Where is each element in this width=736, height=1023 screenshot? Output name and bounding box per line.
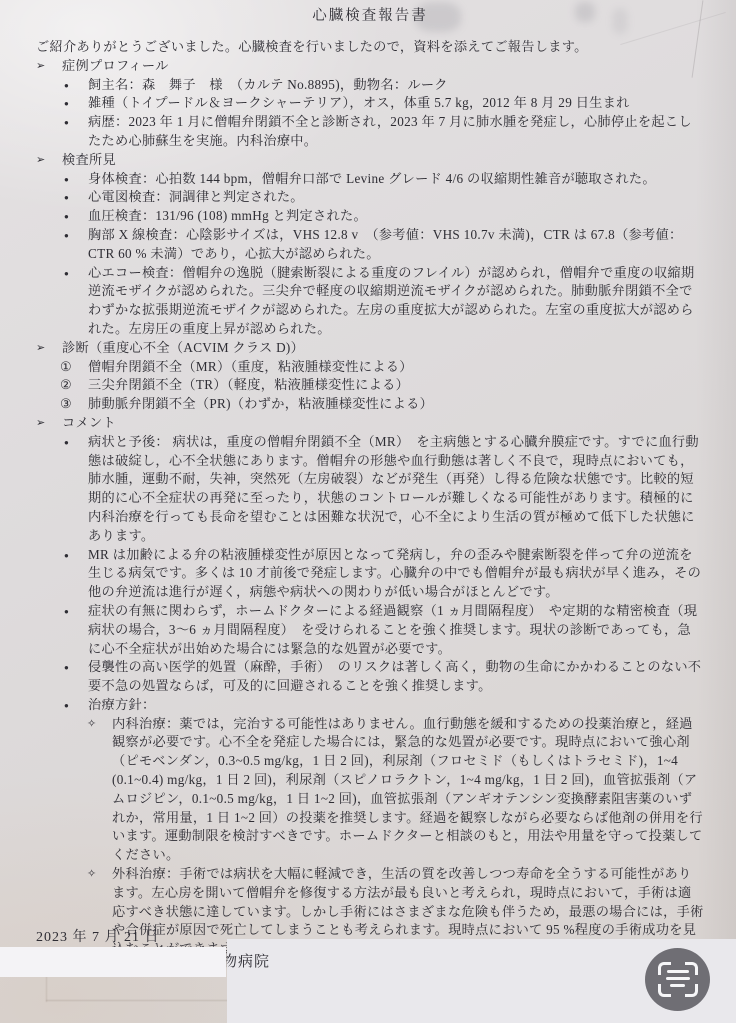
arrow-bullet-icon: ➢ (36, 339, 62, 358)
intro-text: ご紹介ありがとうございました。心臓検査を行いましたので，資料を添えてご報告します… (36, 38, 704, 57)
list-item-text: 内科治療：薬では，完治する可能性はありません。血行動態を緩和するための投薬治療と… (112, 715, 704, 865)
dot-bullet-icon: ● (64, 95, 88, 114)
list-item-text: 血圧検査：131/96 (108) mmHg と判定された。 (88, 207, 704, 226)
dot-bullet-icon: ● (64, 208, 88, 227)
list-item-text: 治療方針： (88, 696, 704, 715)
echo-item: ● 心エコー検査：僧帽弁の逸脱（腱索断裂による重度のフレイル）が認められ，僧帽弁… (36, 264, 704, 339)
list-item-text: 病状と予後： 病状は，重度の僧帽弁閉鎖不全（MR） を主病態とする心臓弁膜症です… (88, 433, 704, 546)
list-item-text: 心電図検査：洞調律と判定された。 (88, 188, 704, 207)
history-item: ● 病歴：2023 年 1 月に僧帽弁閉鎖不全と診断され，2023 年 7 月に… (36, 113, 704, 151)
redaction-box (0, 947, 226, 977)
diamond-bullet-icon: ✧ (87, 865, 112, 884)
paper-document: 心臓検査報告書 ご紹介ありがとうございました。心臓検査を行いましたので，資料を添… (0, 0, 736, 1023)
section-heading-profile: ➢ 症例プロフィール (36, 57, 704, 76)
dot-bullet-icon: ● (64, 77, 88, 96)
arrow-bullet-icon: ➢ (36, 57, 62, 76)
dot-bullet-icon: ● (64, 189, 88, 208)
medical-treatment-item: ✧ 内科治療：薬では，完治する可能性はありません。血行動態を緩和するための投薬治… (36, 715, 704, 865)
prognosis-item: ● 病状と予後： 病状は，重度の僧帽弁閉鎖不全（MR） を主病態とする心臓弁膜症… (36, 433, 704, 546)
list-item-text: 肺動脈弁閉鎖不全（PR)（わずか，粘液腫様変性による） (88, 395, 704, 414)
hospital-name-partial: 物病院 (222, 950, 270, 971)
diagnosis-pr-item: ③ 肺動脈弁閉鎖不全（PR)（わずか，粘液腫様変性による） (36, 395, 704, 414)
section-heading-text: 検査所見 (62, 151, 704, 170)
invasive-procedure-item: ● 侵襲性の高い医学的処置（麻酔，手術） のリスクは著しく高く，動物の生命にかか… (36, 658, 704, 696)
dot-bullet-icon: ● (64, 547, 88, 566)
dot-bullet-icon: ● (64, 659, 88, 678)
dot-bullet-icon: ● (64, 265, 88, 284)
section-heading-text: 診断（重度心不全（ACVIM クラス D)） (62, 339, 704, 358)
diagnosis-tr-item: ② 三尖弁閉鎖不全（TR）（軽度，粘液腫様変性による） (36, 376, 704, 395)
treatment-policy-item: ● 治療方針： (36, 696, 704, 715)
list-item-text: 心エコー検査：僧帽弁の逸脱（腱索断裂による重度のフレイル）が認められ，僧帽弁で重… (88, 264, 704, 339)
list-item-text: 病歴：2023 年 1 月に僧帽弁閉鎖不全と診断され，2023 年 7 月に肺水… (88, 113, 704, 151)
section-heading-comment: ➢ コメント (36, 414, 704, 433)
list-item-text: 身体検査：心拍数 144 bpm，僧帽弁口部で Levine グレード 4/6 … (88, 170, 704, 189)
xray-item: ● 胸部 X 線検査：心陰影サイズは，VHS 12.8 v （参考値：VHS 1… (36, 226, 704, 264)
report-body: 心臓検査報告書 ご紹介ありがとうございました。心臓検査を行いましたので，資料を添… (36, 6, 704, 959)
dot-bullet-icon: ● (64, 603, 88, 622)
monitoring-item: ● 症状の有無に関わらず，ホームドクターによる経過観察（1 ヵ月間隔程度） や定… (36, 602, 704, 658)
mr-explanation-item: ● MR は加齢による弁の粘液腫様変性が原因となって発病し，弁の歪みや腱索断裂を… (36, 546, 704, 602)
breed-item: ● 雑種（トイプードル＆ヨークシャーテリア），オス，体重 5.7 kg，2012… (36, 94, 704, 113)
page-title: 心臓検査報告書 (36, 6, 704, 26)
list-item-text: 症状の有無に関わらず，ホームドクターによる経過観察（1 ヵ月間隔程度） や定期的… (88, 602, 704, 658)
circled-number-icon: ② (60, 376, 88, 395)
list-item-text: 胸部 X 線検査：心陰影サイズは，VHS 12.8 v （参考値：VHS 10.… (88, 226, 704, 264)
scan-button[interactable] (645, 948, 710, 1011)
list-item-text: 飼主名：森 舞子 様 （カルテ No.8895)，動物名：ルーク (88, 76, 704, 95)
owner-name-item: ● 飼主名：森 舞子 様 （カルテ No.8895)，動物名：ルーク (36, 76, 704, 95)
diamond-bullet-icon: ✧ (87, 715, 112, 734)
dot-bullet-icon: ● (64, 227, 88, 246)
dot-bullet-icon: ● (64, 697, 88, 716)
dot-bullet-icon: ● (64, 434, 88, 453)
list-item-text: 侵襲性の高い医学的処置（麻酔，手術） のリスクは著しく高く，動物の生命にかかわる… (88, 658, 704, 696)
dot-bullet-icon: ● (64, 114, 88, 133)
circled-number-icon: ① (60, 358, 88, 377)
section-heading-text: コメント (62, 414, 704, 433)
ecg-item: ● 心電図検査：洞調律と判定された。 (36, 188, 704, 207)
list-item-text: 三尖弁閉鎖不全（TR）（軽度，粘液腫様変性による） (88, 376, 704, 395)
list-item-text: 僧帽弁閉鎖不全（MR）（重度，粘液腫様変性による） (88, 358, 704, 377)
section-heading-text: 症例プロフィール (62, 57, 704, 76)
list-item-text: MR は加齢による弁の粘液腫様変性が原因となって発病し，弁の歪みや腱索断裂を伴っ… (88, 546, 704, 602)
list-item-text: 雑種（トイプードル＆ヨークシャーテリア），オス，体重 5.7 kg，2012 年… (88, 94, 704, 113)
document-scan-icon (658, 962, 698, 997)
dot-bullet-icon: ● (64, 171, 88, 190)
screenshot-root: 心臓検査報告書 ご紹介ありがとうございました。心臓検査を行いましたので，資料を添… (0, 0, 736, 1023)
physical-exam-item: ● 身体検査：心拍数 144 bpm，僧帽弁口部で Levine グレード 4/… (36, 170, 704, 189)
arrow-bullet-icon: ➢ (36, 414, 62, 433)
blood-pressure-item: ● 血圧検査：131/96 (108) mmHg と判定された。 (36, 207, 704, 226)
section-heading-findings: ➢ 検査所見 (36, 151, 704, 170)
arrow-bullet-icon: ➢ (36, 151, 62, 170)
section-heading-diagnosis: ➢ 診断（重度心不全（ACVIM クラス D)） (36, 339, 704, 358)
diagnosis-mr-item: ① 僧帽弁閉鎖不全（MR）（重度，粘液腫様変性による） (36, 358, 704, 377)
circled-number-icon: ③ (60, 395, 88, 414)
